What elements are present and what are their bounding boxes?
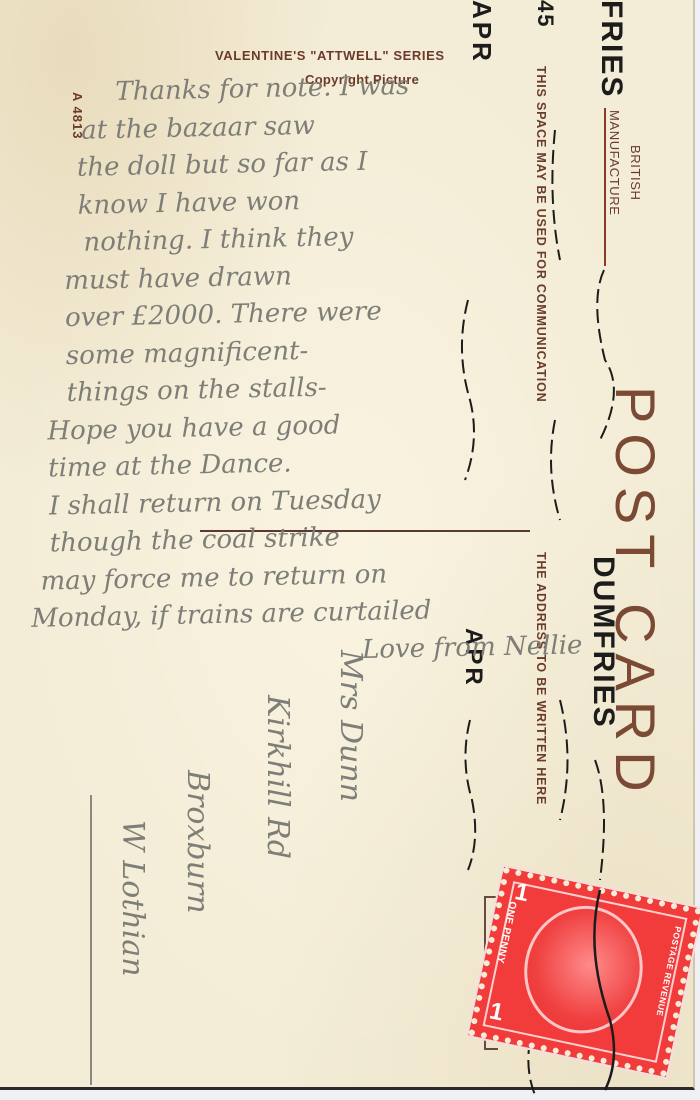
- address-line-name: Mrs Dunn: [333, 650, 368, 802]
- address-line-town: Broxburn: [180, 770, 215, 914]
- address-line-street: Kirkhill Rd: [260, 695, 295, 859]
- address-underline: [90, 795, 92, 1085]
- address-line-county: W Lothian: [115, 820, 150, 977]
- handwritten-message: Thanks for note. I was at the bazaar saw…: [20, 64, 583, 675]
- postcard-back: VALENTINE'S "ATTWELL" SERIES Copyright P…: [0, 0, 695, 1090]
